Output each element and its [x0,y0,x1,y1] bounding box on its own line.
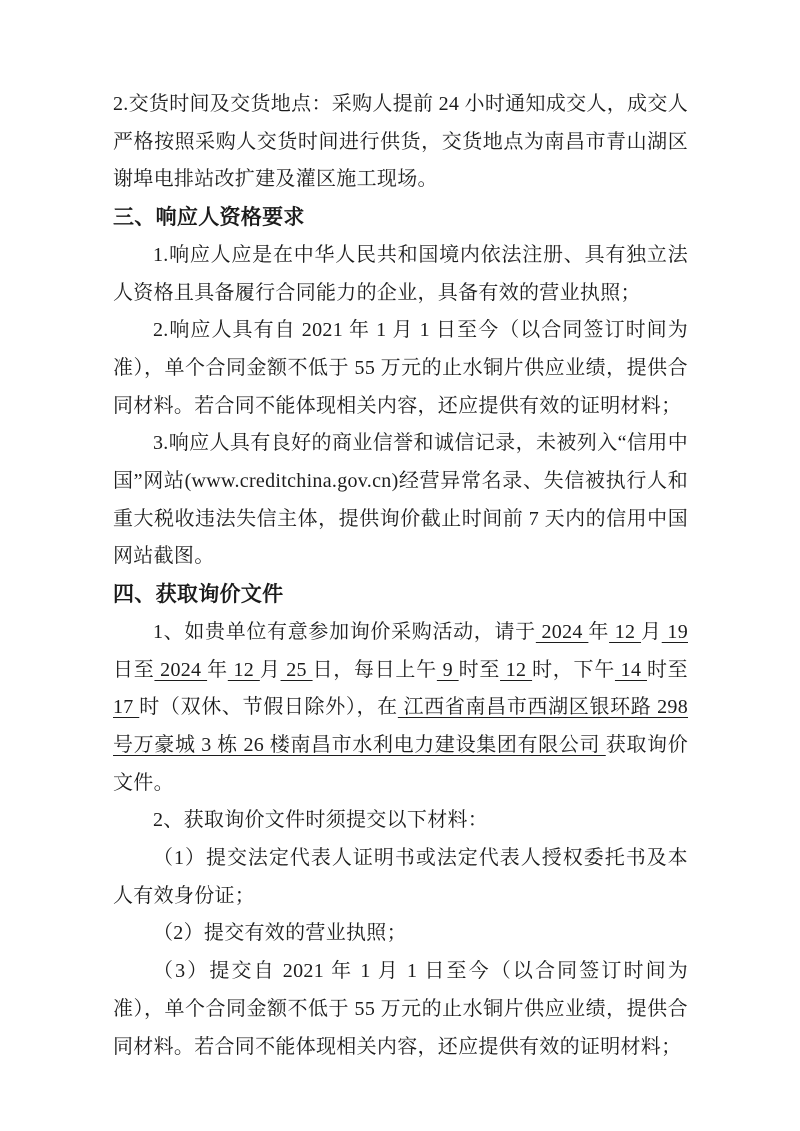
text-run: （3）提交自 2021 年 1 月 1 日至今（以合同签订时间为准），单个合同金… [113,960,688,1057]
blank-end-day: 25 [281,659,313,681]
paragraph-delivery-terms: 2.交货时间及交货地点：采购人提前 24 小时通知成交人，成交人严格按照采购人交… [113,86,688,199]
text-run: 日，每日上午 [313,659,437,681]
text-run: 2.响应人具有自 2021 年 1 月 1 日至今（以合同签订时间为准），单个合… [113,319,688,416]
text-run: 日至 [113,659,154,681]
paragraph-materials-intro: 2、获取询价文件时须提交以下材料： [113,802,688,840]
heading-obtain-inquiry-document: 四、获取询价文件 [113,576,688,614]
text-run: （1）提交法定代表人证明书或法定代表人授权委托书及本人有效身份证； [113,847,688,907]
paragraph-qualification-2: 2.响应人具有自 2021 年 1 月 1 日至今（以合同签订时间为准），单个合… [113,312,688,425]
text-run: 时，下午 [532,659,615,681]
text-run: 时至 [647,659,688,681]
text-run: 时至 [459,659,500,681]
paragraph-qualification-1: 1.响应人应是在中华人民共和国境内依法注册、具有独立法人资格且具备履行合同能力的… [113,237,688,312]
text-run: 月 [260,659,281,681]
text-run: 年 [588,621,609,643]
paragraph-material-2: （2）提交有效的营业执照； [113,915,688,953]
text-run: 3.响应人具有良好的商业信誉和诚信记录，未被列入“信用中国”网站(www.cre… [113,432,688,567]
paragraph-obtain-schedule: 1、如贵单位有意参加询价采购活动，请于 2024 年 12 月 19 日至 20… [113,614,688,803]
blank-afternoon-end-hour: 17 [113,696,139,718]
text-run: 2、获取询价文件时须提交以下材料： [153,809,488,831]
heading-text: 三、响应人资格要求 [113,205,305,229]
text-run: 年 [207,659,228,681]
blank-end-month: 12 [228,659,260,681]
blank-start-month: 12 [609,621,641,643]
text-run: 时（双休、节假日除外），在 [139,696,398,718]
text-run: 1、如贵单位有意参加询价采购活动，请于 [153,621,536,643]
blank-morning-start-hour: 9 [437,659,459,681]
heading-text: 四、获取询价文件 [113,582,283,606]
document-page: 2.交货时间及交货地点：采购人提前 24 小时通知成交人，成交人严格按照采购人交… [0,0,800,1131]
text-run: 2.交货时间及交货地点：采购人提前 24 小时通知成交人，成交人严格按照采购人交… [113,93,688,190]
text-run: （2）提交有效的营业执照； [153,922,407,944]
blank-afternoon-start-hour: 14 [615,659,647,681]
heading-respondent-qualification: 三、响应人资格要求 [113,199,688,237]
paragraph-qualification-3: 3.响应人具有良好的商业信誉和诚信记录，未被列入“信用中国”网站(www.cre… [113,425,688,576]
blank-end-year: 2024 [154,659,207,681]
text-run: 月 [641,621,662,643]
text-run: 1.响应人应是在中华人民共和国境内依法注册、具有独立法人资格且具备履行合同能力的… [113,244,688,304]
blank-morning-end-hour: 12 [500,659,532,681]
paragraph-material-1: （1）提交法定代表人证明书或法定代表人授权委托书及本人有效身份证； [113,840,688,915]
paragraph-material-3: （3）提交自 2021 年 1 月 1 日至今（以合同签订时间为准），单个合同金… [113,953,688,1066]
blank-start-day: 19 [662,621,688,643]
blank-start-year: 2024 [536,621,589,643]
